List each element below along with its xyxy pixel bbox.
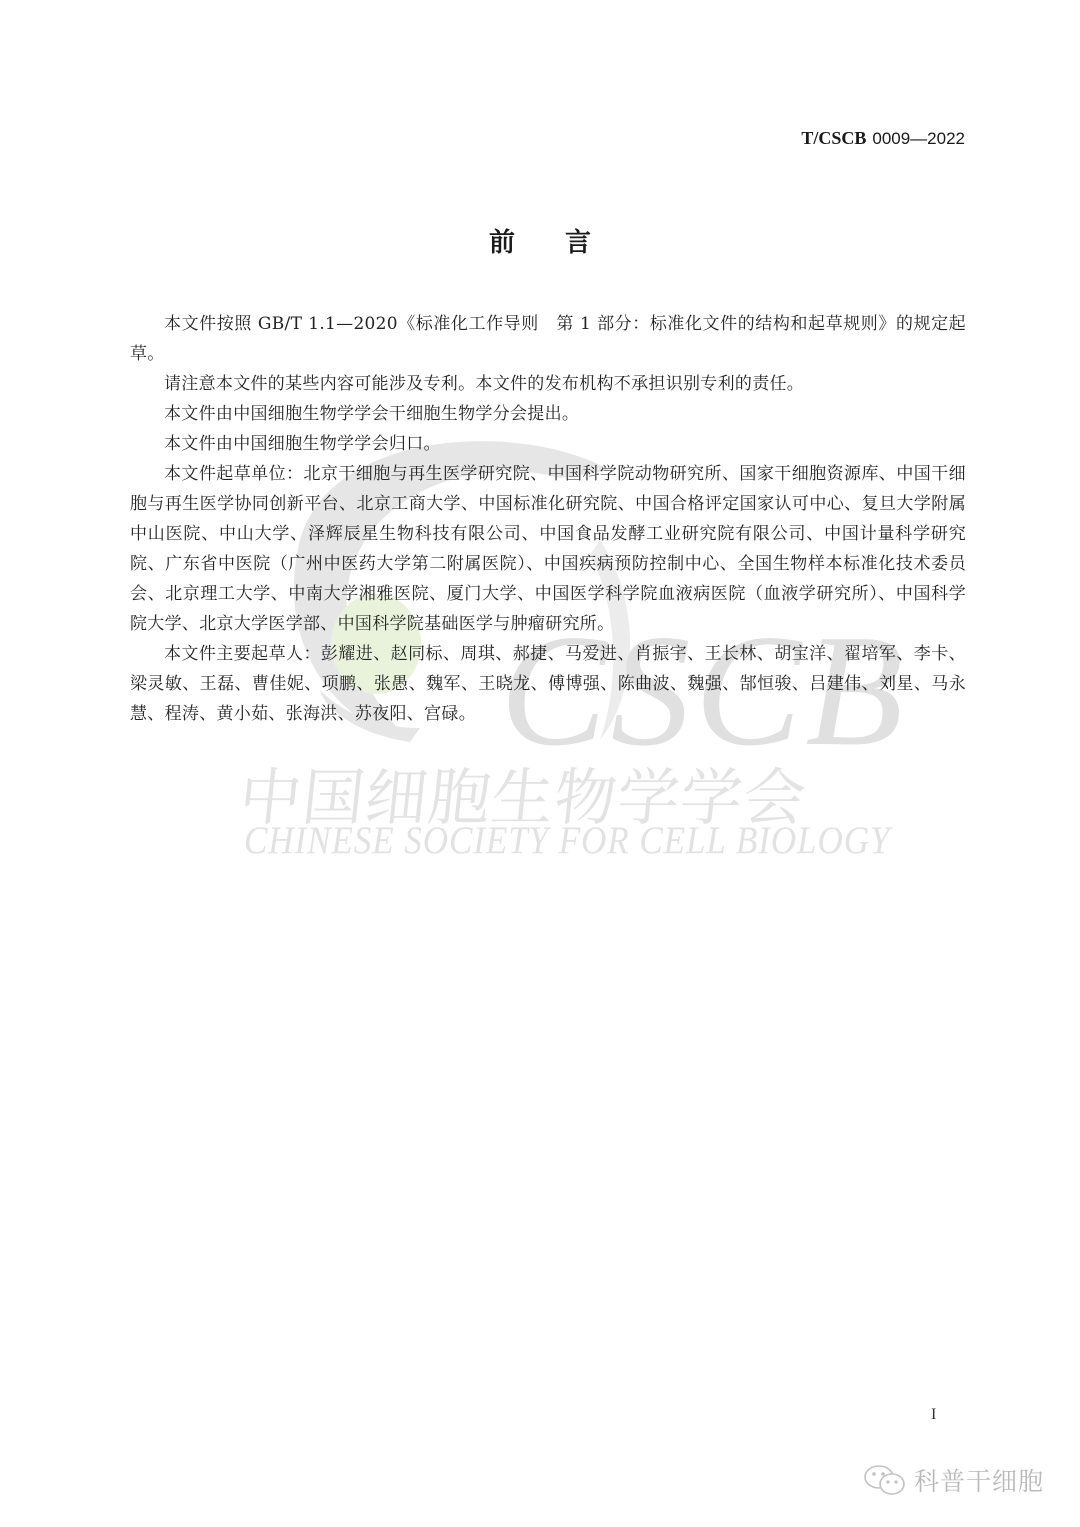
- wechat-account-name: 科普干细胞: [914, 1462, 1044, 1498]
- paragraph-main-drafters: 本文件主要起草人：彭耀进、赵同标、周琪、郝捷、马爱进、肖振宇、王长林、胡宝洋、翟…: [130, 639, 966, 729]
- standard-code-prefix: T/CSCB: [801, 128, 866, 148]
- document-page: CSCB 中国细胞生物学学会 CHINESE SOCIETY FOR CELL …: [0, 0, 1080, 1527]
- paragraph-proposed-by: 本文件由中国细胞生物学学会干细胞生物学分会提出。: [130, 399, 966, 429]
- paragraph-patent-notice: 请注意本文件的某些内容可能涉及专利。本文件的发布机构不承担识别专利的责任。: [130, 369, 966, 399]
- watermark-org-name-cn: 中国细胞生物学学会: [235, 748, 844, 837]
- watermark-org-name-en: CHINESE SOCIETY FOR CELL BIOLOGY: [244, 818, 890, 863]
- wechat-icon: [862, 1464, 908, 1496]
- page-title: 前言: [0, 222, 1080, 259]
- wechat-source-tag: 科普干细胞: [862, 1462, 1044, 1498]
- paragraph-centralized-by: 本文件由中国细胞生物学学会归口。: [130, 429, 966, 459]
- foreword-body: 本文件按照 GB/T 1.1—2020《标准化工作导则 第 1 部分：标准化文件…: [130, 309, 966, 729]
- page-number: I: [931, 1406, 936, 1424]
- standard-code-number: 0009—2022: [872, 129, 965, 148]
- standard-code: T/CSCB0009—2022: [801, 128, 965, 149]
- paragraph-drafting-rules: 本文件按照 GB/T 1.1—2020《标准化工作导则 第 1 部分：标准化文件…: [130, 309, 966, 369]
- paragraph-drafting-units: 本文件起草单位：北京干细胞与再生医学研究院、中国科学院动物研究所、国家干细胞资源…: [130, 459, 966, 639]
